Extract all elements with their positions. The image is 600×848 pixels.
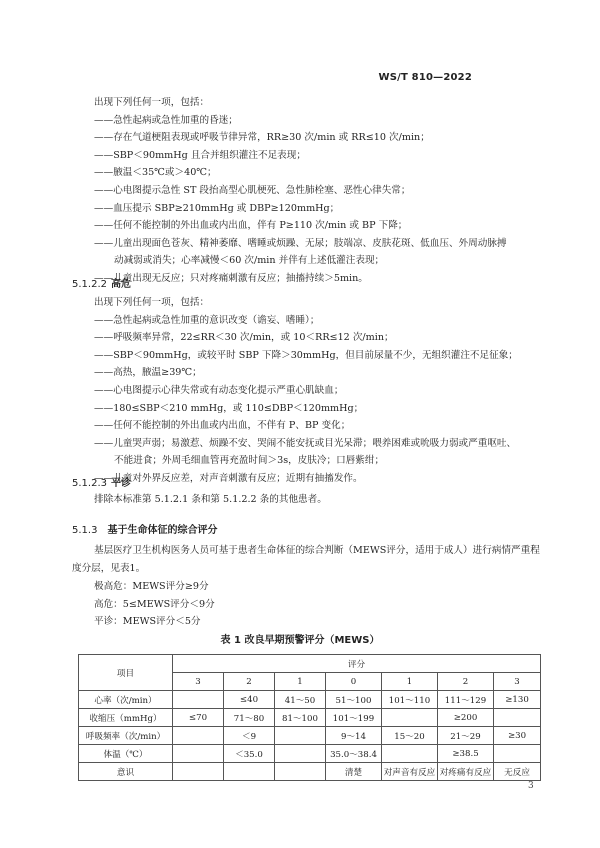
mews-level-normal: 平诊：MEWS评分＜5分 [94, 613, 215, 631]
table-cell: 9～14 [326, 727, 382, 745]
critical-item: ——血压提示 SBP≥210mmHg 或 DBP≥120mmHg； [94, 200, 507, 218]
table-cell: 15～20 [382, 727, 438, 745]
table-cell: 101～199 [326, 709, 382, 727]
table-cell: ≤40 [224, 691, 275, 709]
section-title: 基于生命体征的综合评分 [107, 525, 217, 536]
standard-code: WS/T 810—2022 [379, 72, 473, 83]
high-risk-item-continuation: 不能进食；外周毛细血管再充盈时间＞3s，皮肤冷；口唇紫绀； [94, 452, 518, 470]
high-risk-item: ——儿童对外界反应差，对声音刺激有反应；近期有抽搐发作。 [94, 470, 518, 488]
critical-item-continuation: 动减弱或消失；心率减慢＜60 次/min 并伴有上述低灌注表现； [94, 252, 507, 270]
table-cell: ≥30 [494, 727, 541, 745]
table-cell: 对疼痛有反应 [438, 763, 494, 781]
table-cell: ≥200 [438, 709, 494, 727]
table-cell: 101～110 [382, 691, 438, 709]
table-cell: 清楚 [326, 763, 382, 781]
table-cell [224, 763, 275, 781]
high-risk-item: ——儿童哭声弱；易激惹、烦躁不安、哭闹不能安抚或目光呆滞；喂养困难或吮吸力弱或严… [94, 435, 518, 453]
critical-section: 出现下列任何一项，包括： ——急性起病或急性加重的昏迷； ——存在气道梗阻表现或… [94, 94, 507, 288]
section-number: 5.1.3 [72, 525, 97, 536]
table-row: 体温（℃） ＜35.0 35.0～38.4 ≥38.5 [79, 745, 541, 763]
table-cell: 71～80 [224, 709, 275, 727]
mews-table: 项目 评分 3 2 1 0 1 2 3 心率（次/min） ≤40 41～50 … [78, 654, 541, 781]
table-cell [275, 745, 326, 763]
triage-text: 排除本标准第 5.1.2.1 条和第 5.1.2.2 条的其他患者。 [94, 491, 327, 509]
table-header-row: 项目 评分 [79, 655, 541, 673]
row-label: 呼吸频率（次/min） [79, 727, 173, 745]
table-cell: 41～50 [275, 691, 326, 709]
table-cell: 111～129 [438, 691, 494, 709]
table-cell [173, 691, 224, 709]
section-title: 平诊 [111, 478, 131, 489]
table-cell [494, 709, 541, 727]
mews-paragraph: 基层医疗卫生机构医务人员可基于患者生命体征的综合判断（MEWS评分，适用于成人）… [72, 542, 547, 577]
section-number: 5.1.2.2 [72, 279, 107, 290]
high-risk-item: ——高热，腋温≥39℃； [94, 364, 518, 382]
table-cell: 51～100 [326, 691, 382, 709]
score-column: 3 [494, 673, 541, 691]
table-cell: ≥130 [494, 691, 541, 709]
table-cell: ＜9 [224, 727, 275, 745]
table-cell: ≥38.5 [438, 745, 494, 763]
score-column: 2 [438, 673, 494, 691]
mews-level-critical: 极高危：MEWS评分≥9分 [94, 578, 215, 596]
table-cell [382, 745, 438, 763]
table-cell: 无反应 [494, 763, 541, 781]
table-cell: ≤70 [173, 709, 224, 727]
section-heading-high-risk: 5.1.2.2高危 [72, 275, 131, 290]
table-cell: 81～100 [275, 709, 326, 727]
score-column: 1 [275, 673, 326, 691]
high-risk-item: ——心电图提示心律失常或有动态变化提示严重心肌缺血； [94, 382, 518, 400]
table-cell [382, 709, 438, 727]
section-heading-mews: 5.1.3基于生命体征的综合评分 [72, 521, 217, 536]
mews-level-high: 高危：5≤MEWS评分＜9分 [94, 596, 215, 614]
critical-item: ——存在气道梗阻表现或呼吸节律异常，RR≥30 次/min 或 RR≤10 次/… [94, 129, 507, 147]
critical-intro: 出现下列任何一项，包括： [94, 94, 507, 112]
table-cell [494, 745, 541, 763]
high-risk-item: ——SBP＜90mmHg，或较平时 SBP 下降＞30mmHg，但目前尿量不少，… [94, 347, 518, 365]
table-cell: 对声音有反应 [382, 763, 438, 781]
section-number: 5.1.2.3 [72, 478, 107, 489]
table-cell [173, 727, 224, 745]
row-label: 收缩压（mmHg） [79, 709, 173, 727]
table-row: 意识 清楚 对声音有反应 对疼痛有反应 无反应 [79, 763, 541, 781]
table-cell: ＜35.0 [224, 745, 275, 763]
page-number: 3 [528, 781, 534, 791]
critical-item: ——腋温＜35℃或＞40℃； [94, 164, 507, 182]
critical-item: ——任何不能控制的外出血或内出血，伴有 P≥110 次/min 或 BP 下降； [94, 217, 507, 235]
row-label: 意识 [79, 763, 173, 781]
score-column: 1 [382, 673, 438, 691]
high-risk-intro: 出现下列任何一项，包括： [94, 294, 518, 312]
row-label: 体温（℃） [79, 745, 173, 763]
table-cell [173, 745, 224, 763]
critical-item: ——儿童出现面色苍灰、精神萎靡、嗜睡或烦躁、无尿；肢端凉、皮肤花斑、低血压、外周… [94, 235, 507, 253]
table-cell: 21～29 [438, 727, 494, 745]
critical-item: ——SBP＜90mmHg 且合并组织灌注不足表现； [94, 147, 507, 165]
row-label: 心率（次/min） [79, 691, 173, 709]
critical-item: ——急性起病或急性加重的昏迷； [94, 112, 507, 130]
table-cell: 35.0～38.4 [326, 745, 382, 763]
critical-item: ——心电图提示急性 ST 段抬高型心肌梗死、急性肺栓塞、恶性心律失常； [94, 182, 507, 200]
score-column: 0 [326, 673, 382, 691]
mews-levels: 极高危：MEWS评分≥9分 高危：5≤MEWS评分＜9分 平诊：MEWS评分＜5… [94, 578, 215, 631]
high-risk-item: ——任何不能控制的外出血或内出血，不伴有 P、BP 变化； [94, 417, 518, 435]
high-risk-item: ——呼吸频率异常，22≤RR＜30 次/min，或 10＜RR≤12 次/min… [94, 329, 518, 347]
table-row: 心率（次/min） ≤40 41～50 51～100 101～110 111～1… [79, 691, 541, 709]
high-risk-section: 出现下列任何一项，包括： ——急性起病或急性加重的意识改变（谵妄、嗜睡）； ——… [94, 294, 518, 488]
high-risk-item: ——急性起病或急性加重的意识改变（谵妄、嗜睡）； [94, 312, 518, 330]
table-cell [275, 763, 326, 781]
section-title: 高危 [111, 279, 131, 290]
table-caption: 表 1 改良早期预警评分（MEWS） [0, 631, 600, 646]
table-row: 收缩压（mmHg） ≤70 71～80 81～100 101～199 ≥200 [79, 709, 541, 727]
table-cell [275, 727, 326, 745]
critical-item: ——儿童出现无反应；只对疼痛刺激有反应；抽搐持续＞5min。 [94, 270, 507, 288]
score-column: 3 [173, 673, 224, 691]
section-heading-triage: 5.1.2.3平诊 [72, 474, 131, 489]
table-cell [173, 763, 224, 781]
score-column: 2 [224, 673, 275, 691]
table-row: 呼吸频率（次/min） ＜9 9～14 15～20 21～29 ≥30 [79, 727, 541, 745]
score-header: 评分 [173, 655, 541, 673]
item-header: 项目 [79, 655, 173, 691]
high-risk-item: ——180≤SBP＜210 mmHg，或 110≤DBP＜120mmHg； [94, 400, 518, 418]
mews-paragraph-text: 基层医疗卫生机构医务人员可基于患者生命体征的综合判断（MEWS评分，适用于成人）… [72, 542, 547, 577]
